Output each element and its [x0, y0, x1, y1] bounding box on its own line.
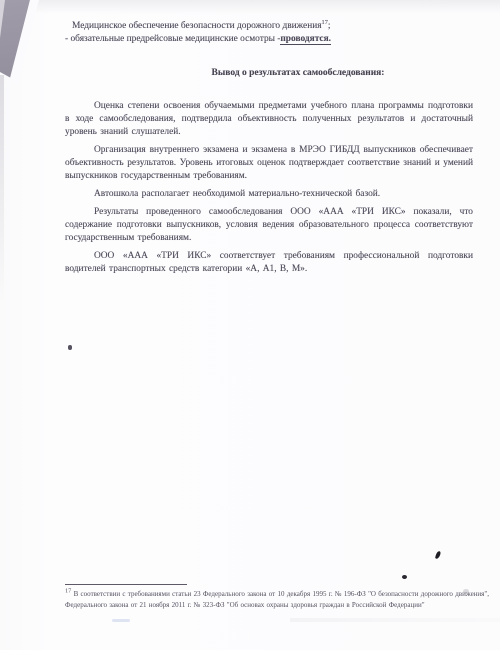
scan-smudge — [290, 618, 500, 622]
body-paragraph: Организация внутреннего экзамена и экзам… — [65, 144, 473, 183]
intro-line-inspections: - обязательные предрейсовые медицинские … — [65, 33, 473, 46]
intro-line2-prefix: - обязательные предрейсовые медицинские … — [65, 34, 280, 44]
body-paragraph: Результаты проведенного самообследования… — [65, 206, 473, 245]
intro-line1-punct: ; — [328, 21, 331, 31]
document-body: Медицинское обеспечение безопасности дор… — [65, 20, 473, 276]
body-paragraph: Оценка степени освоения обучаемыми предм… — [65, 100, 473, 139]
intro-line-medical: Медицинское обеспечение безопасности дор… — [65, 20, 473, 33]
intro-emphasis-underlined: проводятся. — [280, 34, 331, 45]
scanned-document-page: Медицинское обеспечение безопасности дор… — [0, 0, 500, 650]
footnote-marker: 17 — [65, 588, 71, 595]
footnote-block: 17 В соответствии с требованиями статьи … — [65, 584, 489, 611]
scan-left-edge-shadow — [0, 75, 4, 305]
body-paragraph: Автошкола располагает необходимой матери… — [65, 188, 473, 201]
scan-top-shadow — [0, 0, 500, 14]
scan-corner-fold — [0, 0, 72, 130]
body-paragraph: ООО «ААА «ТРИ ИКС» соответствует требова… — [65, 250, 473, 276]
scan-smudge — [112, 619, 130, 622]
footnote-text-line: 17 В соответствии с требованиями статьи … — [65, 589, 489, 611]
intro-line1-text: Медицинское обеспечение безопасности дор… — [72, 21, 322, 31]
footnote-text: В соответствии с требованиями статьи 23 … — [65, 590, 489, 609]
ink-speck — [68, 345, 72, 350]
intro-block: Медицинское обеспечение безопасности дор… — [65, 20, 473, 46]
ink-speck — [435, 551, 441, 560]
footnote-separator-rule — [65, 584, 187, 585]
section-heading: Вывод о результатах самообследования: — [65, 67, 473, 80]
scan-corner-shadow-wedge — [0, 0, 72, 130]
ink-speck — [402, 575, 407, 579]
